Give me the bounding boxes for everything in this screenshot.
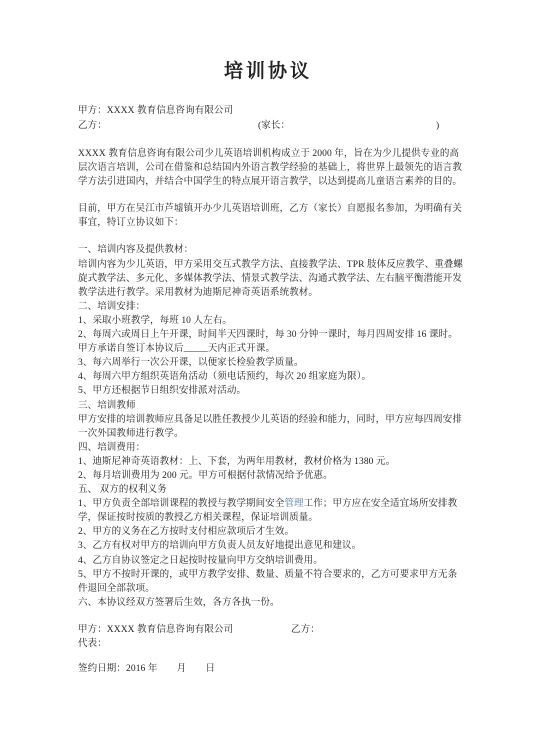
body-line: 5、甲方还根据节日组织安排派对活动。 [78, 384, 458, 398]
body-line: 3、每六周举行一次公开课，以便家长检验教学质量。 [78, 356, 458, 370]
signature-parties-line: 甲方：XXXX 教育信息咨询有限公司乙方： [78, 623, 458, 637]
party-a-line: 甲方：XXXX 教育信息咨询有限公司 [78, 104, 458, 119]
intro-line: 层次语言培训，公司在借鉴和总结国内外语言教学经验的基础上，将世界上最领先的语言教 [78, 161, 458, 175]
party-b-label: 乙方： [78, 119, 258, 134]
body-line: 教学法进行教学。采用教材为迪斯尼神奇英语系统教材。 [78, 286, 458, 300]
signature-party-b: 乙方： [291, 625, 320, 635]
body-line: 3、乙方有权对甲方的培训向甲方负责人员友好地提出意见和建议。 [78, 539, 458, 553]
document-title: 培训协议 [78, 62, 458, 82]
body-line: 2、每月培训费用为 200 元。甲方可根据付款情况给予优惠。 [78, 469, 458, 483]
body-line: 4、乙方自协议签定之日起按时按量向甲方交纳培训费用。 [78, 554, 458, 568]
body-line: 2、每周六或周日上午开课，时间半天四课时，每 30 分钟一课时，每月四周安排 1… [78, 328, 458, 342]
agreement-page: 培训协议 甲方：XXXX 教育信息咨询有限公司 乙方：(家长：) XXXX 教育… [0, 0, 536, 756]
safety-line-post: 工作；甲方应在安全适宜场所安排教 [304, 499, 458, 509]
intro-line: XXXX 教育信息咨询有限公司少儿英语培训机构成立于 2000 年，旨在为少儿提… [78, 147, 458, 161]
body-line: 1、采取小班教学，每班 10 人左右。 [78, 314, 458, 328]
body-line: 4、每周六甲方组织英语角活动（须电话预约，每次 20 组家庭为限）。 [78, 370, 458, 384]
section-heading-2: 二、培训安排： [78, 300, 458, 314]
section-heading-6: 六、本协议经双方签署后生效，各方各执一份。 [78, 596, 458, 610]
intro-line: 学方法引进国内，并结合中国学生的特点展开语言教学，以达到提高儿童语言素养的目的。 [78, 175, 458, 189]
guardian-field-close: ) [436, 121, 439, 131]
body-line: 培训内容为少儿英语，甲方采用交互式教学方法、直接教学法、TPR 肢体反应教学、重… [78, 258, 458, 272]
parties-block: 甲方：XXXX 教育信息咨询有限公司 乙方：(家长：) [78, 104, 458, 134]
purpose-line: 目前，甲方在吴江市芦墟镇开办少儿英语培训班，乙方（家长）自愿报名参加，为明确有关 [78, 202, 458, 216]
guardian-field-open: (家长： [258, 119, 436, 134]
section-heading-1: 一、培训内容及提供教材： [78, 243, 458, 257]
signature-block: 甲方：XXXX 教育信息咨询有限公司乙方： 代表： [78, 623, 458, 651]
purpose-paragraph: 目前，甲方在吴江市芦墟镇开办少儿英语培训班，乙方（家长）自愿报名参加，为明确有关… [78, 202, 458, 230]
body-line: 5、甲方不按时开课的，或甲方教学安排、数量、质量不符合要求的，乙方可要求甲方无条 [78, 568, 458, 582]
intro-paragraph: XXXX 教育信息咨询有限公司少儿英语培训机构成立于 2000 年，旨在为少儿提… [78, 147, 458, 189]
date-block: 签约日期：2016 年 月 日 [78, 662, 458, 676]
representative-line: 代表： [78, 637, 458, 651]
body-line: 2、甲方的义务在乙方按时支付相应款项后才生效。 [78, 525, 458, 539]
body-line: 件退回全部款项。 [78, 582, 458, 596]
section-heading-4: 四、培训费用： [78, 441, 458, 455]
body-line: 旋式教学法、多元化、多媒体教学法、情景式教学法、沟通式教学法、左右脑平衡潜能开发 [78, 272, 458, 286]
body-line: 学，保证按时按质的教授乙方相关课程，保证培训质量。 [78, 511, 458, 525]
section-heading-5: 五、 双方的权利义务 [78, 483, 458, 497]
body-line: 甲方安排的培训教师应具备足以胜任教授少儿英语的经验和能力，同时，甲方应每四周安排 [78, 413, 458, 427]
agreement-body: 一、培训内容及提供教材： 培训内容为少儿英语，甲方采用交互式教学方法、直接教学法… [78, 243, 458, 609]
party-b-line: 乙方：(家长：) [78, 119, 458, 134]
management-link[interactable]: 管理 [284, 499, 303, 509]
purpose-line: 事宜，特订立协议如下： [78, 216, 458, 230]
signature-party-a: 甲方：XXXX 教育信息咨询有限公司 [78, 623, 291, 637]
body-line: 一次外国教师进行教学。 [78, 427, 458, 441]
signing-date-line: 签约日期：2016 年 月 日 [78, 662, 458, 676]
safety-management-line: 1、甲方负责全部培训课程的教授与教学期间安全管理工作；甲方应在安全适宜场所安排教 [78, 497, 458, 511]
body-line: 1、迪斯尼神奇英语教材：上、下套，为两年用教材，教材价格为 1380 元。 [78, 455, 458, 469]
fill-in-blank-line: 甲方承诺自签订本协议后_____天内正式开课。 [78, 342, 458, 356]
section-heading-3: 三、培训教师 [78, 399, 458, 413]
safety-line-pre: 1、甲方负责全部培训课程的教授与教学期间安全 [78, 499, 284, 509]
